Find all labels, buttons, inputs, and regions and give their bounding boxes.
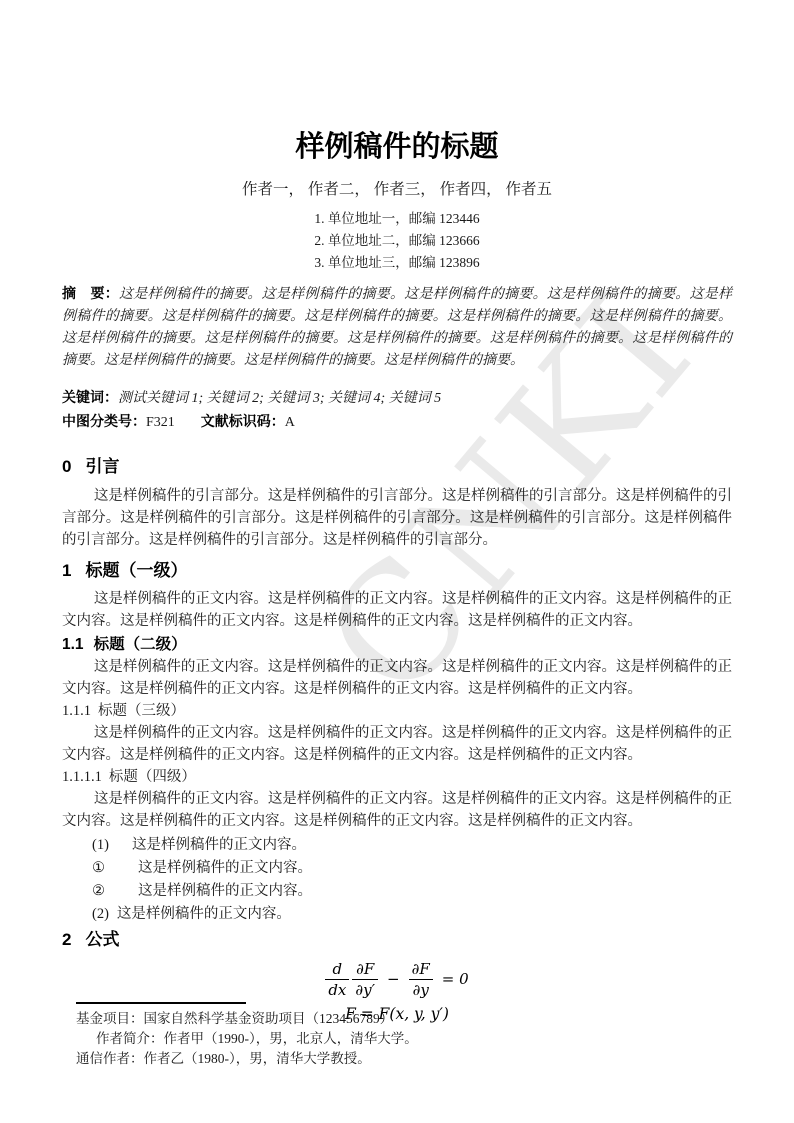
clc-label: 中图分类号： (62, 413, 146, 429)
list-marker: (2) (92, 903, 109, 926)
abstract-label: 摘 要： (62, 285, 119, 301)
fraction-numerator: d (325, 960, 349, 980)
list-text: 这是样例稿件的正文内容。 (117, 906, 291, 922)
fraction-denominator: ∂y (409, 980, 433, 999)
clc-value: F321 (146, 415, 175, 430)
abstract-text: 这是样例稿件的摘要。这是样例稿件的摘要。这是样例稿件的摘要。这是样例稿件的摘要。… (62, 287, 732, 368)
keywords-text: 测试关键词 1; 关键词 2; 关键词 3; 关键词 4; 关键词 5 (118, 391, 441, 406)
section-title: 标题（一级） (85, 561, 187, 580)
section-title: 标题（四级） (109, 769, 196, 785)
list-text: 这是样例稿件的正文内容。 (138, 883, 312, 899)
list-marker: ② (92, 880, 138, 903)
affiliation-item-1: 1. 单位地址一，邮编 123446 (62, 208, 732, 230)
section-number: 1.1.1.1 (62, 769, 102, 785)
formula-euler-lagrange: ddx∂F∂y′−∂F∂y= 0 (62, 960, 732, 999)
section-number: 0 (62, 457, 71, 476)
footnote-divider (76, 1002, 246, 1004)
section-number: 1 (62, 561, 71, 580)
section-number: 2 (62, 930, 71, 949)
footnote-block: 基金项目：国家自然科学基金资助项目（123456789） 作者简介：作者甲（19… (76, 1002, 732, 1069)
section-title: 标题（三级） (98, 703, 185, 719)
fraction-numerator: ∂F (352, 960, 378, 980)
doc-code-label: 文献标识码： (201, 413, 285, 429)
section-heading-intro: 0引言 (62, 454, 732, 480)
section-heading-2: 2公式 (62, 928, 732, 952)
classification-line: 中图分类号：F321文献标识码：A (62, 410, 732, 434)
keywords-line: 关键词：测试关键词 1; 关键词 2; 关键词 3; 关键词 4; 关键词 5 (62, 386, 732, 410)
keywords-label: 关键词： (62, 389, 118, 405)
fraction-pF-py-prime: ∂F∂y′ (352, 960, 378, 999)
footnote-fund: 基金项目：国家自然科学基金资助项目（123456789） (76, 1009, 732, 1029)
numbered-list: (1)这是样例稿件的正文内容。 ①这是样例稿件的正文内容。 ②这是样例稿件的正文… (62, 834, 732, 926)
section-title: 公式 (85, 930, 119, 949)
authors-line: 作者一， 作者二， 作者三， 作者四， 作者五 (62, 180, 732, 200)
paragraph-section-1: 这是样例稿件的正文内容。这是样例稿件的正文内容。这是样例稿件的正文内容。这是样例… (62, 588, 732, 632)
footnote-corresponding-author: 通信作者：作者乙（1980-），男，清华大学教授。 (76, 1049, 732, 1069)
list-item: (1)这是样例稿件的正文内容。 (92, 834, 732, 857)
footnote-bio: 作者简介：作者甲（1990-），男，北京人，清华大学。 (76, 1029, 732, 1049)
doc-code-value: A (285, 415, 295, 430)
list-item: ①这是样例稿件的正文内容。 (92, 857, 732, 880)
section-number: 1.1 (62, 636, 84, 653)
paragraph-section-1-1-1: 这是样例稿件的正文内容。这是样例稿件的正文内容。这是样例稿件的正文内容。这是样例… (62, 722, 732, 766)
list-item: (2)这是样例稿件的正文内容。 (92, 903, 732, 926)
section-heading-1-1-1: 1.1.1标题（三级） (62, 700, 732, 722)
affiliations-block: 1. 单位地址一，邮编 123446 2. 单位地址二，邮编 123666 3.… (62, 208, 732, 274)
fraction-denominator: dx (325, 980, 349, 999)
section-heading-1: 1标题（一级） (62, 558, 732, 584)
list-marker: ① (92, 857, 138, 880)
fraction-denominator: ∂y′ (352, 980, 378, 999)
paragraph-section-1-1-1-1: 这是样例稿件的正文内容。这是样例稿件的正文内容。这是样例稿件的正文内容。这是样例… (62, 788, 732, 832)
list-marker: (1) (92, 834, 132, 857)
fraction-pF-py: ∂F∂y (409, 960, 433, 999)
section-title: 标题（二级） (94, 636, 187, 653)
page-content: 样例稿件的标题 作者一， 作者二， 作者三， 作者四， 作者五 1. 单位地址一… (0, 130, 794, 1025)
list-item: ②这是样例稿件的正文内容。 (92, 880, 732, 903)
list-text: 这是样例稿件的正文内容。 (132, 837, 306, 853)
paragraph-intro: 这是样例稿件的引言部分。这是样例稿件的引言部分。这是样例稿件的引言部分。这是样例… (62, 485, 732, 551)
fraction-d-dx: ddx (325, 960, 349, 999)
document-page: CNKI 样例稿件的标题 作者一， 作者二， 作者三， 作者四， 作者五 1. … (0, 0, 794, 1123)
paragraph-section-1-1: 这是样例稿件的正文内容。这是样例稿件的正文内容。这是样例稿件的正文内容。这是样例… (62, 656, 732, 700)
section-heading-1-1-1-1: 1.1.1.1标题（四级） (62, 766, 732, 788)
minus-operator: − (387, 970, 400, 988)
paper-title: 样例稿件的标题 (62, 130, 732, 164)
fraction-numerator: ∂F (409, 960, 433, 980)
affiliation-item-2: 2. 单位地址二，邮编 123666 (62, 230, 732, 252)
section-number: 1.1.1 (62, 703, 91, 719)
affiliation-item-3: 3. 单位地址三，邮编 123896 (62, 252, 732, 274)
abstract-block: 摘 要：这是样例稿件的摘要。这是样例稿件的摘要。这是样例稿件的摘要。这是样例稿件… (62, 282, 732, 372)
equals-zero: = 0 (442, 970, 469, 988)
section-heading-1-1: 1.1标题（二级） (62, 634, 732, 656)
list-text: 这是样例稿件的正文内容。 (138, 860, 312, 876)
section-title: 引言 (85, 457, 119, 476)
